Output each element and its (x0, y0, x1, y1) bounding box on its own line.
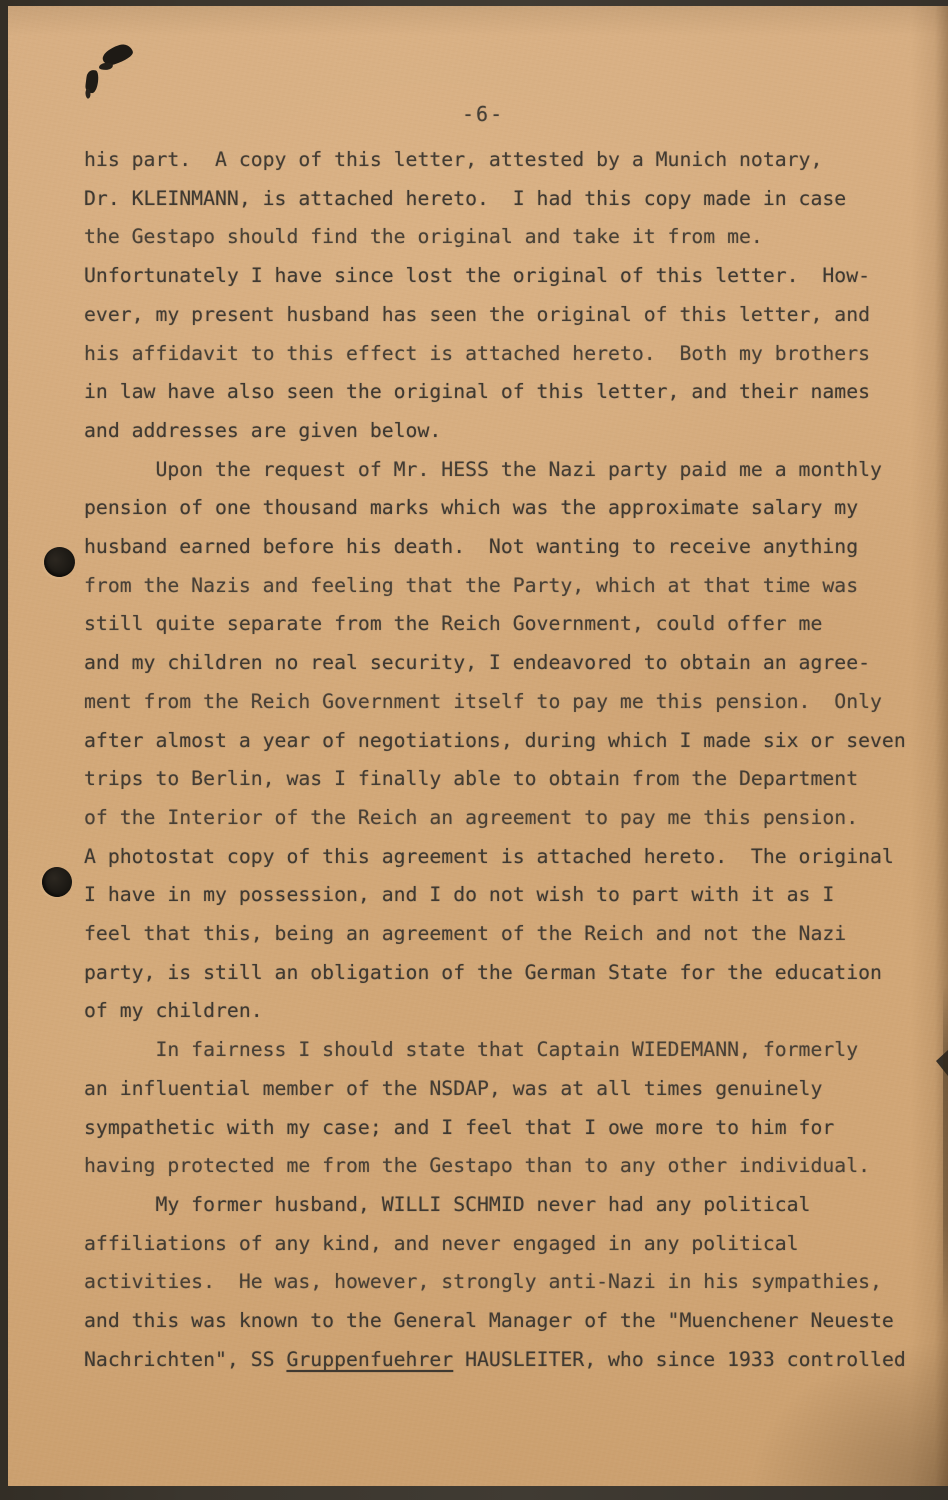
text-line: an influential member of the NSDAP, was … (84, 1070, 914, 1109)
document-lines: his part. A copy of this letter, atteste… (84, 141, 914, 1380)
text-line: and my children no real security, I ende… (84, 644, 914, 683)
text-line: husband earned before his death. Not wan… (84, 528, 914, 567)
text-line: feel that this, being an agreement of th… (84, 915, 914, 954)
text-line: of the Interior of the Reich an agreemen… (84, 799, 914, 838)
text-line: In fairness I should state that Captain … (84, 1031, 914, 1070)
text-line: sympathetic with my case; and I feel tha… (84, 1109, 914, 1148)
page-number: -6- (462, 102, 504, 126)
text-line: still quite separate from the Reich Gove… (84, 605, 914, 644)
text-line: A photostat copy of this agreement is at… (84, 838, 914, 877)
right-edge-shadow (943, 985, 948, 1325)
text-line: ment from the Reich Government itself to… (84, 683, 914, 722)
text-segment: HAUSLEITER, who since 1933 controlled (453, 1348, 906, 1371)
text-line: ever, my present husband has seen the or… (84, 296, 914, 335)
text-line: from the Nazis and feeling that the Part… (84, 567, 914, 606)
text-line: trips to Berlin, was I finally able to o… (84, 760, 914, 799)
text-line: his affidavit to this effect is attached… (84, 335, 914, 374)
text-line: after almost a year of negotiations, dur… (84, 722, 914, 761)
underlined-text: Gruppenfuehrer (286, 1348, 453, 1371)
text-line: Unfortunately I have since lost the orig… (84, 257, 914, 296)
text-line: pension of one thousand marks which was … (84, 489, 914, 528)
text-line: of my children. (84, 992, 914, 1031)
text-line: the Gestapo should find the original and… (84, 218, 914, 257)
text-line: party, is still an obligation of the Ger… (84, 954, 914, 993)
ink-smudge-large (100, 42, 135, 67)
text-line: activities. He was, however, strongly an… (84, 1263, 914, 1302)
text-line: Nachrichten", SS Gruppenfuehrer HAUSLEIT… (84, 1341, 914, 1380)
text-segment: Nachrichten", SS (84, 1348, 286, 1371)
text-line: I have in my possession, and I do not wi… (84, 876, 914, 915)
ink-smudge-small (85, 69, 100, 93)
text-line: and this was known to the General Manage… (84, 1302, 914, 1341)
text-line: affiliations of any kind, and never enga… (84, 1225, 914, 1264)
text-line: Dr. KLEINMANN, is attached hereto. I had… (84, 180, 914, 219)
text-line: Upon the request of Mr. HESS the Nazi pa… (84, 451, 914, 490)
text-line: and addresses are given below. (84, 412, 914, 451)
text-line: My former husband, WILLI SCHMID never ha… (84, 1186, 914, 1225)
text-line: in law have also seen the original of th… (84, 373, 914, 412)
text-line: his part. A copy of this letter, atteste… (84, 141, 914, 180)
text-line: having protected me from the Gestapo tha… (84, 1147, 914, 1186)
